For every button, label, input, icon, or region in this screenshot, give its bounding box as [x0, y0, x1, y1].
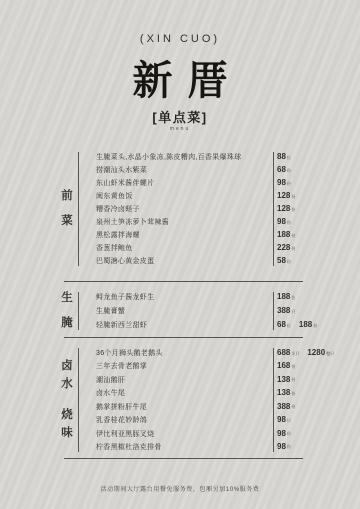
- price-amount: 98: [277, 416, 286, 424]
- menu-item: 闽东黄鱼饭 128份: [96, 192, 352, 200]
- item-list: 鲟龙鱼子酱龙虾生 188位 生腌膏蟹 388只 轻腌新西兰甜虾 68位188份: [96, 293, 352, 329]
- label-divider-line: [78, 348, 79, 452]
- section-raw-marinated: 生 腌 鲟龙鱼子酱龙虾生 188位 生腌膏蟹 388只 轻腌新西兰甜虾 68位1…: [0, 289, 360, 333]
- menu-item: 乳香桂花妙龄鸽 98只: [96, 416, 352, 424]
- section-label-char: 味: [61, 428, 73, 440]
- price-unit: 份: [291, 246, 295, 253]
- footer-note: 活动期间大厅露台用餐免服务费，包厢另加10%服务费: [0, 484, 360, 493]
- menu-item: 鹅掌拼粉肝牛尾 388份: [96, 403, 352, 411]
- dish-name: 潮汕鹅肝: [96, 375, 266, 385]
- price: 128份: [277, 192, 295, 200]
- price: 98份: [277, 218, 291, 226]
- price-unit: 份: [291, 207, 295, 214]
- menu-item: 生腌菜头,水晶小象冻,陈皮糟肉,百香果爆珠球 88位: [96, 153, 352, 161]
- dish-name: 柠香黑椒杜洛克排骨: [96, 442, 266, 452]
- dish-prices: 68份: [266, 166, 291, 174]
- price: 388只: [277, 307, 295, 315]
- price-unit: 半只: [291, 351, 299, 358]
- section-label-char: 卤: [61, 361, 73, 373]
- price-unit: 整只: [326, 351, 334, 358]
- menu-item: 36个月狮头鹅老鹅头 688半只1280整只: [96, 349, 352, 357]
- dish-prices: 88位: [266, 153, 291, 161]
- section-label-raw-marinated: 生 腌: [56, 289, 78, 333]
- price-amount: 98: [277, 218, 286, 226]
- price-unit: 份: [291, 404, 295, 411]
- menu-item: 卤水牛尾 138份: [96, 389, 352, 397]
- price-unit: 份: [291, 377, 295, 384]
- section-label-braised-roast: 卤 水 烧 味: [56, 345, 78, 455]
- price-amount: 138: [277, 376, 290, 384]
- dish-prices: 98份: [266, 179, 291, 187]
- dish-prices: 98份: [266, 430, 291, 438]
- menu-item: 柠香黑椒杜洛克排骨 98份: [96, 443, 352, 451]
- menu-item: 三年去骨老鹅掌 168份: [96, 362, 352, 370]
- price-amount: 138: [277, 389, 290, 397]
- price-amount: 98: [277, 430, 286, 438]
- menu-item: 潮汕鹅肝 138份: [96, 376, 352, 384]
- price: 128份: [277, 205, 295, 213]
- price: 98份: [277, 179, 291, 187]
- menu-category: [单点菜]: [0, 107, 360, 126]
- section-divider: [64, 458, 303, 459]
- dish-name: 36个月狮头鹅老鹅头: [96, 348, 266, 358]
- section-appetizers: 前 菜 生腌菜头,水晶小象冻,陈皮糟肉,百香果爆珠球 88位 捞潮汕头水紫菜 6…: [0, 149, 360, 269]
- dish-prices: 128份: [266, 192, 295, 200]
- section-divider: [64, 281, 303, 282]
- price-amount: 188: [277, 293, 290, 301]
- price: 58份: [277, 257, 291, 265]
- price-amount: 388: [277, 403, 290, 411]
- item-list: 生腌菜头,水晶小象冻,陈皮糟肉,百香果爆珠球 88位 捞潮汕头水紫菜 68份 东…: [96, 153, 352, 265]
- dish-prices: 138份: [266, 376, 295, 384]
- section-label-char: 水: [61, 379, 73, 391]
- price-unit: 份: [287, 444, 291, 451]
- menu-card: (XIN CUO) 新厝 [单点菜] menu 前 菜 生腌菜头,水晶小象冻,陈…: [0, 0, 360, 509]
- price-amount: 228: [277, 244, 290, 252]
- dish-name: 伊比利亚黑豚叉烧: [96, 429, 266, 439]
- dish-prices: 388只: [266, 307, 295, 315]
- menu-item: 香葱拌鲍鱼 228份: [96, 244, 352, 252]
- dish-prices: 188份: [266, 231, 295, 239]
- price-amount: 68: [277, 321, 286, 329]
- price-unit: 位: [291, 295, 295, 302]
- menu-item: 生腌膏蟹 388只: [96, 307, 352, 315]
- dish-prices: 228份: [266, 244, 295, 252]
- dish-prices: 58份: [266, 257, 291, 265]
- section-divider: [64, 337, 303, 338]
- price: 688半只: [277, 349, 299, 357]
- dish-name: 鲟龙鱼子酱龙虾生: [96, 292, 266, 302]
- dish-prices: 688半只1280整只: [266, 349, 334, 357]
- dish-name: 三年去骨老鹅掌: [96, 361, 266, 371]
- price-amount: 98: [277, 179, 286, 187]
- menu-word: menu: [0, 126, 360, 132]
- price-amount: 688: [277, 349, 290, 357]
- dish-name: 糟香冷卤蛏子: [96, 204, 266, 214]
- price-unit: 份: [287, 259, 291, 266]
- dish-prices: 388份: [266, 403, 295, 411]
- dish-name: 卤水牛尾: [96, 388, 266, 398]
- dish-name: 黑松露拌海螺: [96, 230, 266, 240]
- section-label-appetizers: 前 菜: [56, 149, 78, 269]
- price-unit: 份: [291, 364, 295, 371]
- dish-name: 乳香桂花妙龄鸽: [96, 415, 266, 425]
- dish-name: 香葱拌鲍鱼: [96, 243, 266, 253]
- price-unit: 份: [291, 391, 295, 398]
- price-unit: 份: [313, 323, 317, 330]
- price: 68份: [277, 166, 291, 174]
- section-label-char: 烧: [61, 410, 73, 422]
- menu-item: 泉州土笋冻萝卜茸辣酱 98份: [96, 218, 352, 226]
- item-list: 36个月狮头鹅老鹅头 688半只1280整只 三年去骨老鹅掌 168份 潮汕鹅肝…: [96, 349, 352, 451]
- section-braised-roast: 卤 水 烧 味 36个月狮头鹅老鹅头 688半只1280整只 三年去骨老鹅掌 1…: [0, 345, 360, 455]
- menu-item: 轻腌新西兰甜虾 68位188份: [96, 321, 352, 329]
- dish-prices: 68位188份: [266, 321, 317, 329]
- dish-prices: 128份: [266, 205, 295, 213]
- price-amount: 128: [277, 192, 290, 200]
- menu-item: 捞潮汕头水紫菜 68份: [96, 166, 352, 174]
- price: 188份: [299, 321, 317, 329]
- dish-prices: 98份: [266, 443, 291, 451]
- dish-name: 巴蜀溏心黄金皮蛋: [96, 256, 266, 266]
- price-unit: 位: [287, 323, 291, 330]
- section-label-char: 菜: [61, 216, 73, 228]
- price-amount: 98: [277, 443, 286, 451]
- price-amount: 168: [277, 362, 290, 370]
- price-amount: 1280: [307, 349, 325, 357]
- dish-prices: 98份: [266, 218, 291, 226]
- price-unit: 份: [287, 220, 291, 227]
- price: 88位: [277, 153, 291, 161]
- label-divider-line: [78, 152, 79, 266]
- price-amount: 58: [277, 257, 286, 265]
- menu-item: 鲟龙鱼子酱龙虾生 188位: [96, 293, 352, 301]
- dish-name: 捞潮汕头水紫菜: [96, 165, 266, 175]
- menu-item: 巴蜀溏心黄金皮蛋 58份: [96, 257, 352, 265]
- menu-item: 伊比利亚黑豚叉烧 98份: [96, 430, 352, 438]
- price-unit: 只: [287, 418, 291, 425]
- dish-prices: 168份: [266, 362, 295, 370]
- price-amount: 188: [299, 321, 312, 329]
- section-label-char: 生: [61, 293, 73, 305]
- price: 388份: [277, 403, 295, 411]
- price-amount: 388: [277, 307, 290, 315]
- dish-prices: 138份: [266, 389, 295, 397]
- dish-prices: 98只: [266, 416, 291, 424]
- restaurant-name-romanized: (XIN CUO): [0, 33, 360, 45]
- price: 188份: [277, 231, 295, 239]
- price: 98只: [277, 416, 291, 424]
- section-label-char: 腌: [61, 318, 73, 330]
- label-divider-line: [78, 292, 79, 330]
- price-amount: 188: [277, 231, 290, 239]
- price-amount: 128: [277, 205, 290, 213]
- price-unit: 份: [287, 181, 291, 188]
- price: 98份: [277, 443, 291, 451]
- price: 138份: [277, 389, 295, 397]
- price: 168份: [277, 362, 295, 370]
- dish-name: 东山虾米酱伴螺片: [96, 178, 266, 188]
- price-unit: 份: [287, 431, 291, 438]
- price-unit: 份: [291, 194, 295, 201]
- dish-name: 鹅掌拼粉肝牛尾: [96, 402, 266, 412]
- price-amount: 68: [277, 166, 286, 174]
- section-label-char: 前: [61, 191, 73, 203]
- price: 188位: [277, 293, 295, 301]
- price-unit: 份: [291, 233, 295, 240]
- price: 1280整只: [307, 349, 334, 357]
- price: 228份: [277, 244, 295, 252]
- restaurant-name: 新厝: [0, 49, 360, 106]
- dish-name: 泉州土笋冻萝卜茸辣酱: [96, 217, 266, 227]
- dish-prices: 188位: [266, 293, 295, 301]
- menu-item: 东山虾米酱伴螺片 98份: [96, 179, 352, 187]
- price: 98份: [277, 430, 291, 438]
- menu-item: 黑松露拌海螺 188份: [96, 231, 352, 239]
- dish-name: 生腌膏蟹: [96, 306, 266, 316]
- menu-item: 糟香冷卤蛏子 128份: [96, 205, 352, 213]
- price-unit: 只: [291, 309, 295, 316]
- price: 68位: [277, 321, 291, 329]
- price-amount: 88: [277, 153, 286, 161]
- price-unit: 份: [287, 168, 291, 175]
- dish-name: 轻腌新西兰甜虾: [96, 320, 266, 330]
- dish-name: 闽东黄鱼饭: [96, 191, 266, 201]
- price: 138份: [277, 376, 295, 384]
- dish-name: 生腌菜头,水晶小象冻,陈皮糟肉,百香果爆珠球: [96, 152, 266, 162]
- price-unit: 位: [287, 155, 291, 162]
